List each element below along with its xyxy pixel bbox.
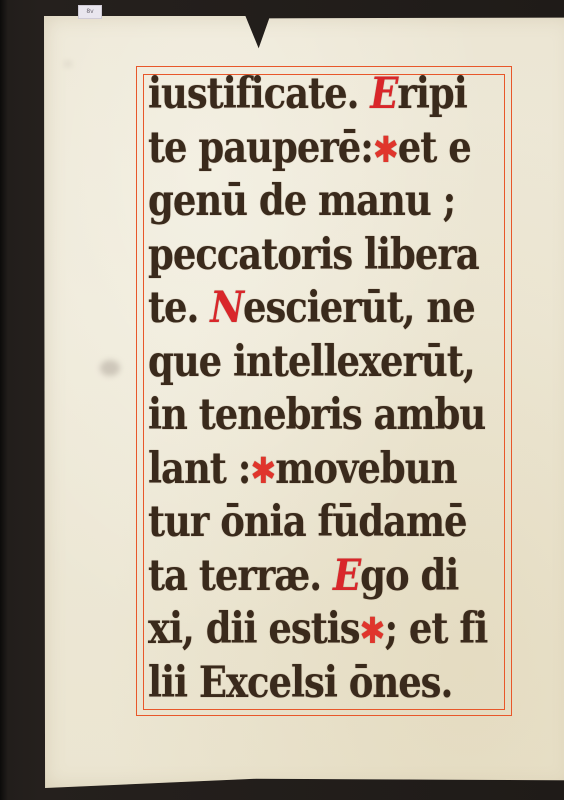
red-asterisk-icon: ✱ xyxy=(250,451,275,492)
text-segment: movebun xyxy=(275,444,456,494)
rubricated-initial: E xyxy=(370,69,397,119)
water-stain xyxy=(100,360,120,376)
text-segment: que intellexerūt, xyxy=(148,337,475,387)
manuscript-line: lii Excelsi ōnes. xyxy=(148,657,466,711)
manuscript-line: genū de manu ; xyxy=(148,175,466,229)
text-segment: in tenebris ambu xyxy=(148,390,485,440)
manuscript-line: te pauperē:✱et e xyxy=(148,122,466,176)
text-segment: genū de manu ; xyxy=(148,176,455,226)
text-segment: ta terræ. xyxy=(148,551,333,601)
manuscript-line: que intellexerūt, xyxy=(148,336,466,390)
text-segment: et e xyxy=(398,123,471,173)
manuscript-line: peccatoris libera xyxy=(148,229,466,283)
text-segment: go di xyxy=(360,551,458,601)
rubricated-initial: E xyxy=(333,551,360,601)
text-segment: te. xyxy=(148,283,210,333)
manuscript-line: ta terræ. Ego di xyxy=(148,550,466,604)
text-segment: iustificate. xyxy=(148,69,370,119)
text-segment: escierūt, ne xyxy=(243,283,475,333)
text-segment: peccatoris libera xyxy=(148,230,479,280)
manuscript-line: tur ōnia fūdamē xyxy=(148,496,466,550)
text-segment: ripi xyxy=(397,69,466,119)
text-segment: tur ōnia fūdamē xyxy=(148,497,467,547)
crease-mark xyxy=(64,61,72,67)
red-asterisk-icon: ✱ xyxy=(373,130,398,171)
text-segment: lant : xyxy=(148,444,250,494)
text-segment: te pauperē: xyxy=(148,123,373,173)
manuscript-line: iustificate. Eripi xyxy=(148,68,466,122)
manuscript-text-block: iustificate. Eripite pauperē:✱et egenū d… xyxy=(148,68,518,710)
manuscript-line: xi, dii estis✱; et fi xyxy=(148,603,466,657)
manuscript-line: in tenebris ambu xyxy=(148,389,466,443)
rubricated-initial: N xyxy=(210,283,243,333)
manuscript-line: lant :✱movebun xyxy=(148,443,466,497)
text-segment: lii Excelsi ōnes. xyxy=(148,658,452,708)
red-asterisk-icon: ✱ xyxy=(360,611,385,652)
folio-label: 8v xyxy=(78,5,102,19)
manuscript-line: te. Nescierūt, ne xyxy=(148,282,466,336)
text-segment: xi, dii estis xyxy=(148,604,360,654)
text-segment: ; et fi xyxy=(384,604,487,654)
